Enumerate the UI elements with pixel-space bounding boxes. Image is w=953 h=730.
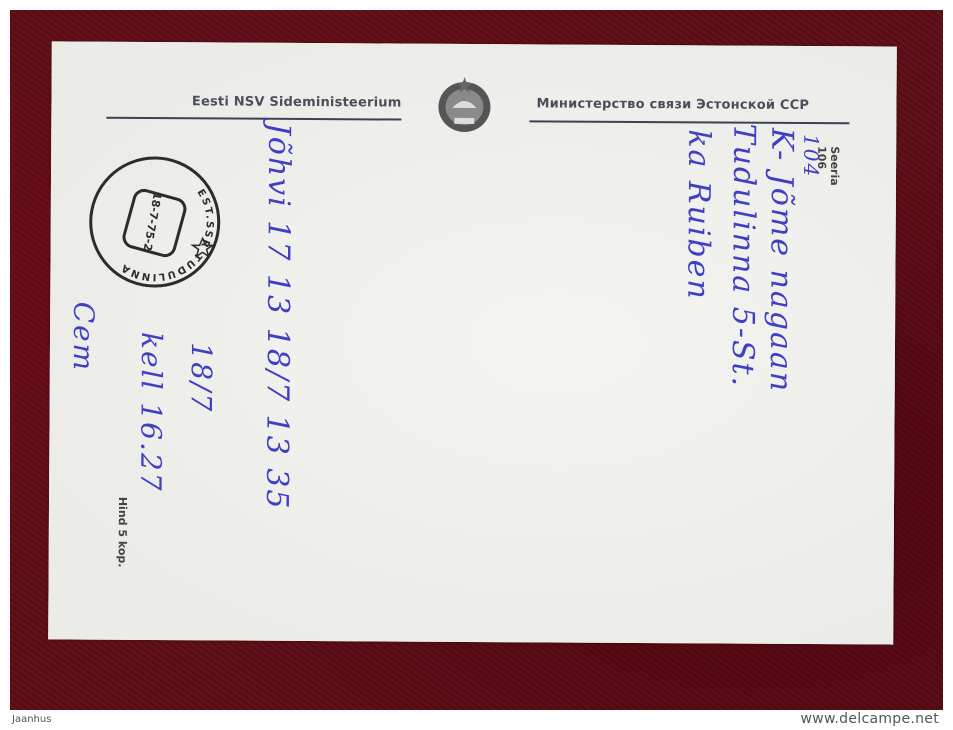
handwriting-address: Tudulinna 5-St. bbox=[725, 124, 762, 389]
site-watermark[interactable]: www.delcampe.net bbox=[800, 711, 939, 727]
handwriting-signature: Cem bbox=[67, 302, 100, 373]
postmark-date: 18-7-75-2 bbox=[141, 191, 165, 252]
handwriting-recipient: K- Jõme nagaan bbox=[763, 128, 800, 393]
header-estonian: Eesti NSV Sideministeerium bbox=[154, 94, 401, 111]
handwriting-name: ka Ruiben bbox=[680, 129, 716, 301]
header-rule-left bbox=[106, 117, 401, 121]
header-russian: Министерство связи Эстонской ССР bbox=[536, 96, 846, 113]
handwriting-number: 104 bbox=[799, 134, 823, 178]
handwriting-time: kell 16.27 bbox=[134, 332, 168, 493]
postmark-stamp: 18-7-75-2 EST.SSR TUDULINNA bbox=[84, 152, 225, 293]
coat-of-arms-icon bbox=[434, 74, 494, 136]
header-rule-right bbox=[529, 120, 849, 124]
postal-card: Eesti NSV Sideministeerium Министерство … bbox=[48, 41, 897, 644]
seller-name: Jaanhus bbox=[12, 714, 51, 725]
handwriting-date: 18/7 bbox=[185, 342, 218, 413]
price-label: Hind 5 kop. bbox=[116, 497, 129, 568]
handwriting-timestamp: Jõhvi 17 13 18/7 13 35 bbox=[259, 123, 296, 511]
